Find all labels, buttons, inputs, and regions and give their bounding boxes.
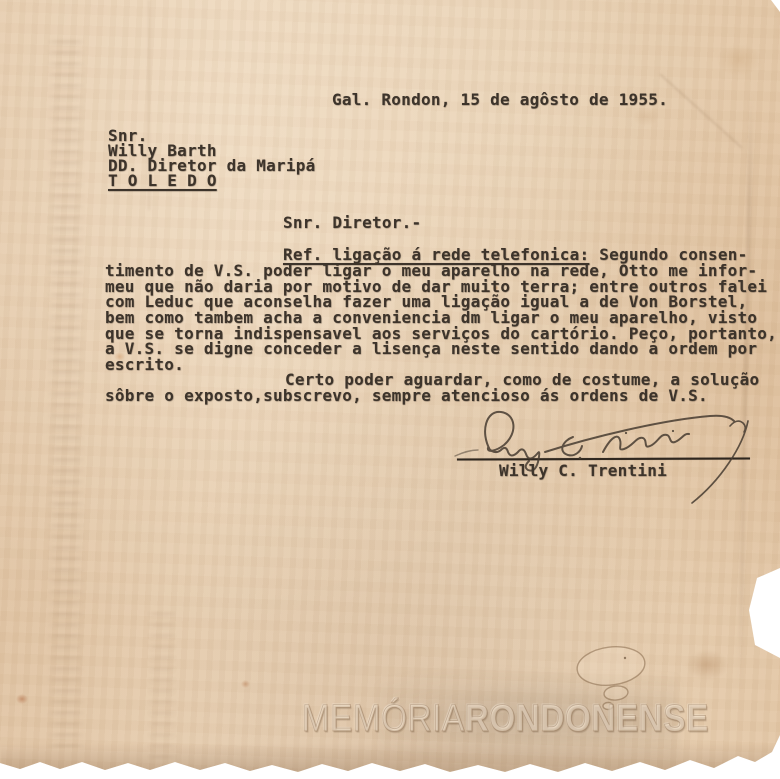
letter-paper: Gal. Rondon, 15 de agôsto de 1955. Snr. …: [0, 0, 780, 779]
watermark-memoria: MEMÓRIA: [302, 698, 465, 740]
paper-stain: [716, 44, 762, 76]
paper-crease: [659, 73, 742, 148]
recipient-city: T O L E D O: [108, 171, 217, 190]
torn-edge-shadow: [0, 744, 780, 772]
greeting: Snr. Diretor.-: [283, 213, 421, 232]
watermark-rondonense: RONDONENSE: [465, 698, 709, 740]
handwritten-signature: [430, 400, 760, 515]
paper-stain: [686, 650, 728, 680]
paper-stain: [632, 108, 660, 126]
body-line: a V.S. se digne conceder a lisença neste…: [105, 339, 757, 358]
body-line: escrito.: [105, 355, 184, 374]
paper-crease: [738, 92, 753, 692]
dateline: Gal. Rondon, 15 de agôsto de 1955.: [332, 90, 668, 109]
signature-typed-name: Willy C. Trentini: [499, 461, 667, 480]
paper-stain: [241, 680, 250, 688]
ink-bleedthrough-bottom: [146, 608, 178, 760]
paper-stain: [16, 694, 28, 704]
ink-bleedthrough-left: [46, 36, 86, 748]
watermark: MEMÓRIARONDONENSE: [302, 700, 709, 738]
